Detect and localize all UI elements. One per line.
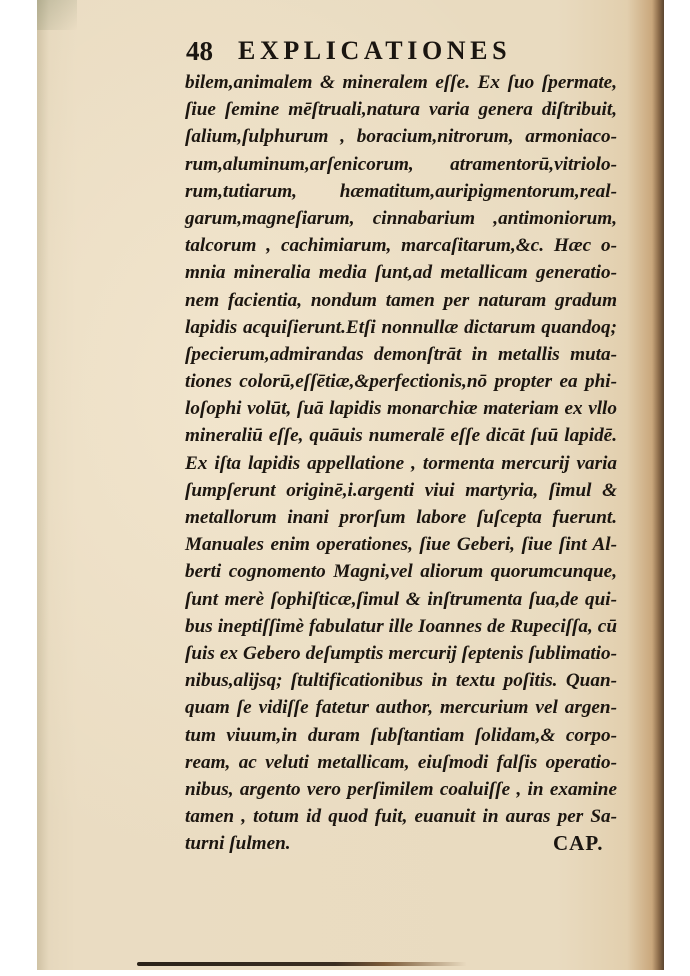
text-line: Ex iſta lapidis appellatione , tormenta … <box>185 450 617 477</box>
text-line: nibus, argento vero perſimilem coaluiſſe… <box>185 776 617 803</box>
text-line: mnia mineralia media ſunt,ad metallicam … <box>185 259 617 286</box>
text-line: bilem,animalem & mineralem eſſe. Ex ſuo … <box>185 69 617 96</box>
text-line: ream, ac veluti metallicam, eiuſmodi fal… <box>185 749 617 776</box>
text-line: bus ineptiſſimè fabulatur ille Ioannes d… <box>185 613 617 640</box>
text-line: tiones colorū,eſſētiæ,&perfectionis,nō p… <box>185 368 617 395</box>
text-line: tum viuum,in duram ſubſtantiam ſolidam,&… <box>185 722 617 749</box>
text-line: rum,tutiarum, hæmatitum,auripigmentorum,… <box>185 178 617 205</box>
page-header: 48 EXPLICATIONES <box>186 36 626 70</box>
text-line: Manuales enim operationes, ſiue Geberi, … <box>185 531 617 558</box>
text-line: quam ſe vidiſſe fatetur author, mercuriu… <box>185 694 617 721</box>
text-line: metallorum inani prorſum labore ſuſcepta… <box>185 504 617 531</box>
running-title: EXPLICATIONES <box>238 36 511 66</box>
text-line: talcorum , cachimiarum, marcaſitarum,&c.… <box>185 232 617 259</box>
text-line: ſalium,ſulphurum , boracium,nitrorum, ar… <box>185 123 617 150</box>
page-bottom-smudge <box>137 962 467 966</box>
text-line: loſophi volūt, ſuā lapidis monarchiæ mat… <box>185 395 617 422</box>
text-line: ſiue ſemine mēſtruali,natura varia gener… <box>185 96 617 123</box>
text-line: ſuis ex Gebero deſumptis mercurij ſepten… <box>185 640 617 667</box>
text-line: rum,aluminum,arſenicorum, atramentorū,vi… <box>185 151 617 178</box>
body-text: bilem,animalem & mineralem eſſe. Ex ſuo … <box>185 69 617 857</box>
text-line: ſumpſerunt originē,i.argenti viui martyr… <box>185 477 617 504</box>
text-line: ſunt merè ſophiſticæ,ſimul & inſtrumenta… <box>185 586 617 613</box>
text-line: nibus,alijsq; ſtultificationibus in text… <box>185 667 617 694</box>
text-line: garum,magneſiarum, cinnabarium ,antimoni… <box>185 205 617 232</box>
text-line: ſpecierum,admirandas demonſtrāt in metal… <box>185 341 617 368</box>
text-line: nem facientia, nondum tamen per naturam … <box>185 287 617 314</box>
text-line: lapidis acquiſierunt.Etſi nonnullæ dicta… <box>185 314 617 341</box>
page-number: 48 <box>186 36 213 67</box>
text-line: tamen , totum id quod fuit, euanuit in a… <box>185 803 617 830</box>
catchword: CAP. <box>553 831 603 856</box>
text-line: mineraliū eſſe, quāuis numeralē eſſe dic… <box>185 422 617 449</box>
text-line: berti cognomento Magni,vel aliorum quoru… <box>185 558 617 585</box>
